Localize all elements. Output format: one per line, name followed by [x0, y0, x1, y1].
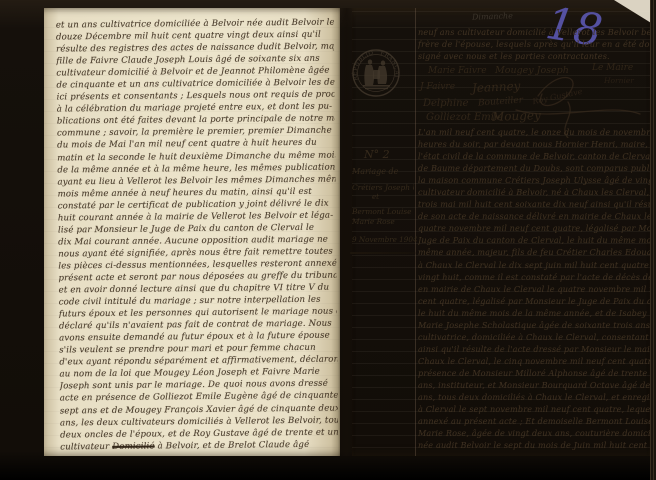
manuscript-line: frère de l'épouse, lesquels après qu'il … — [418, 39, 650, 51]
manuscript-line: Chaux le Clerval, le cinq novembre mil n… — [418, 355, 652, 367]
manuscript-line: en mairie de Chaux le Clerval le quatre … — [418, 283, 652, 295]
manuscript-line: cent quatre, légalisé par Monsieur le Ju… — [418, 295, 652, 307]
manuscript-line: ans, tous deux domiciliés à Chaux le Cle… — [418, 391, 652, 403]
manuscript-line: de son acte de naissance délivré en mair… — [418, 210, 652, 222]
register-photo: et un ans cultivatrice domiciliée à Belv… — [0, 0, 656, 480]
republique-francaise-stamp-icon: RÉPUBLIQUE FRANÇAISE — [350, 40, 402, 110]
margin-bride-name: Bermont Louise — [352, 207, 414, 217]
manuscript-line: L'an mil neuf cent quatre, le onze du mo… — [418, 126, 652, 138]
manuscript-line: l'état civil de la commune de Belvoir, c… — [418, 150, 652, 162]
manuscript-line: Juge de Paix du canton de Clerval, le hu… — [418, 234, 652, 246]
manuscript-line: à Chaux le Clerval le dix sept juin mil … — [418, 259, 652, 271]
act-number: N° 2 — [364, 148, 414, 161]
manuscript-line: née audit Belvoir le sept du mois de Jui… — [418, 439, 652, 451]
stamp-figures — [363, 59, 390, 89]
margin-groom-name: Crétiers Joseph Ulysse — [352, 183, 414, 193]
manuscript-line: trois mai mil huit cent soixante dix neu… — [418, 198, 652, 210]
manuscript-line: cultivatrice, domiciliée à Chaux le Cler… — [418, 331, 652, 343]
manuscript-line: Marie Josephe Scholastique âgée de soixa… — [418, 319, 652, 331]
manuscript-line: de Baume département du Doubs, sont comp… — [418, 162, 652, 174]
manuscript-line: la maison commune Crétiers Joseph Ulysse… — [418, 174, 652, 186]
manuscript-line: quatre novembre mil neuf cent quatre, lé… — [418, 222, 652, 234]
manuscript-line: ainsi qu'il résulte de l'acte dressé par… — [418, 343, 652, 355]
manuscript-line: cultivateur domicilié à Belvoir, né à Ch… — [418, 186, 652, 198]
margin-rule — [415, 8, 416, 456]
left-page-text: et un ans cultivatrice domiciliée à Belv… — [56, 17, 339, 454]
act-body-text: L'an mil neuf cent quatre, le onze du mo… — [418, 126, 652, 451]
margin-divider — [350, 252, 416, 254]
manuscript-line: le huit du même mois de la même année, e… — [418, 307, 652, 319]
manuscript-line: à Clerval le sept novembre mil neuf cent… — [418, 403, 652, 415]
manuscript-line: neuf ans cultivateur domicilié à Vellero… — [418, 27, 650, 39]
manuscript-line: même année, majeur, fils de feu Crétier … — [418, 246, 652, 258]
margin-date: 9 Novembre 1904 — [352, 235, 414, 244]
manuscript-line: ans, instituteur, et Monsieur Bourquard … — [418, 379, 652, 391]
page-stack-edge — [650, 0, 656, 480]
pencil-note: Dimanche — [472, 11, 513, 21]
manuscript-line: vingt huit, comme il est constaté par l'… — [418, 271, 652, 283]
manuscript-line: Marie Rose, âgée de vingt deux ans, cout… — [418, 427, 652, 439]
act-margin: N° 2 Mariage de Crétiers Joseph Ulysse e… — [352, 148, 414, 244]
margin-bride-name-2: Marie Rose — [352, 217, 414, 227]
manuscript-line: présence de Monsieur Milloré Alphonse âg… — [418, 367, 652, 379]
manuscript-line: annexé au présent acte ; Et demoiselle B… — [418, 415, 652, 427]
manuscript-line: heures du soir, par devant nous Hornier … — [418, 138, 652, 150]
margin-conjunction: et — [372, 193, 414, 201]
margin-title: Mariage de — [352, 167, 414, 177]
